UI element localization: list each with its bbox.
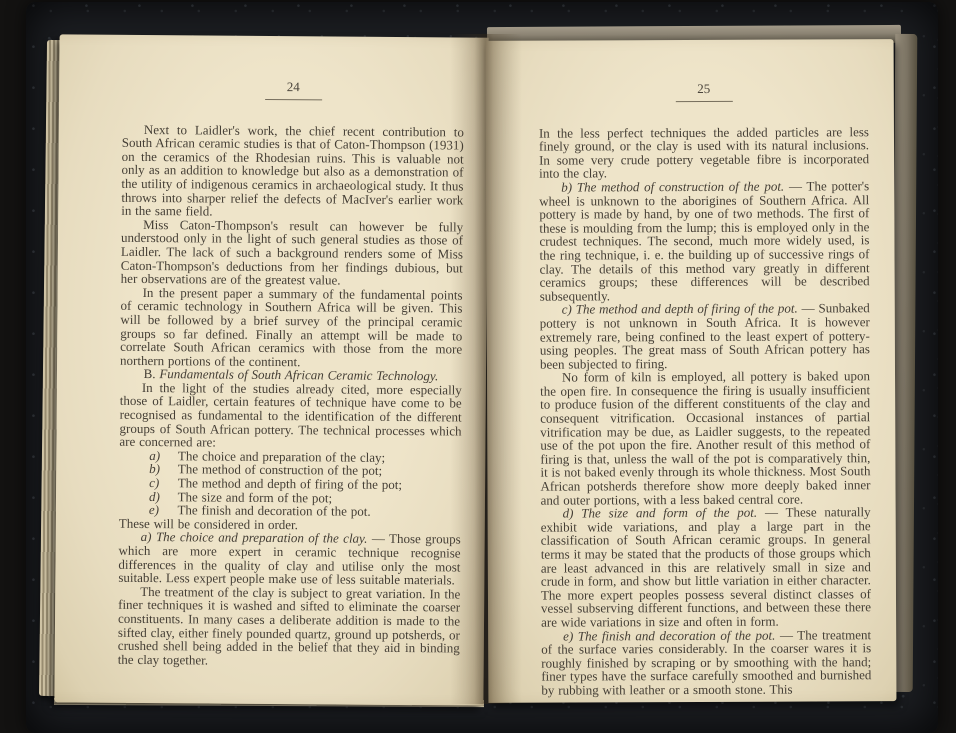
paragraph: b) The method of construction of the pot… [539, 179, 870, 303]
left-page: 24 Next to Laidler's work, the chief rec… [54, 34, 488, 705]
right-page-body: In the less perfect techniques the added… [539, 125, 871, 697]
page-number-label: 24 [265, 80, 322, 100]
photo-background: 24 Next to Laidler's work, the chief rec… [0, 0, 956, 733]
paragraph-text: — The potter's wheel is unknown to the a… [539, 178, 869, 303]
page-number-left: 24 [122, 79, 464, 101]
paragraph-text: The treatment of the clay is subject to … [118, 584, 461, 668]
paragraph-text: Next to Laidler's work, the chief recent… [121, 122, 464, 219]
paragraph-text: No form of kiln is employed, all pottery… [540, 369, 870, 508]
paragraph-text: In the present paper a summary of the fu… [120, 285, 463, 369]
paragraph-text: — These naturally exhibit wide variation… [541, 504, 871, 629]
right-page: 25 In the less perfect techniques the ad… [486, 39, 897, 703]
paragraph: c) The method and depth of firing of the… [540, 302, 870, 371]
paragraph: The treatment of the clay is subject to … [118, 585, 461, 669]
left-page-body: Next to Laidler's work, the chief recent… [118, 122, 464, 668]
paragraph: In the present paper a summary of the fu… [120, 286, 463, 370]
paragraph: d) The size and form of the pot. — These… [541, 505, 872, 629]
paragraph-text: In the light of the studies already cite… [119, 380, 462, 450]
paragraph: No form of kiln is employed, all pottery… [540, 370, 871, 507]
paragraph: Next to Laidler's work, the chief recent… [121, 122, 464, 220]
paragraph-text: Miss Caton-Thompson's result can however… [121, 217, 464, 288]
paragraph: Miss Caton-Thompson's result can however… [121, 218, 464, 289]
page-number-right: 25 [539, 81, 869, 102]
page-number-label: 25 [675, 82, 732, 102]
paragraph: a) The choice and preparation of the cla… [118, 530, 460, 587]
paragraph-text: In the less perfect techniques the added… [539, 124, 869, 181]
paragraph: In the less perfect techniques the added… [539, 125, 869, 181]
paragraph: In the light of the studies already cite… [119, 381, 462, 452]
item-label: c) [149, 476, 174, 490]
paragraph: e) The finish and decoration of the pot.… [541, 628, 871, 697]
